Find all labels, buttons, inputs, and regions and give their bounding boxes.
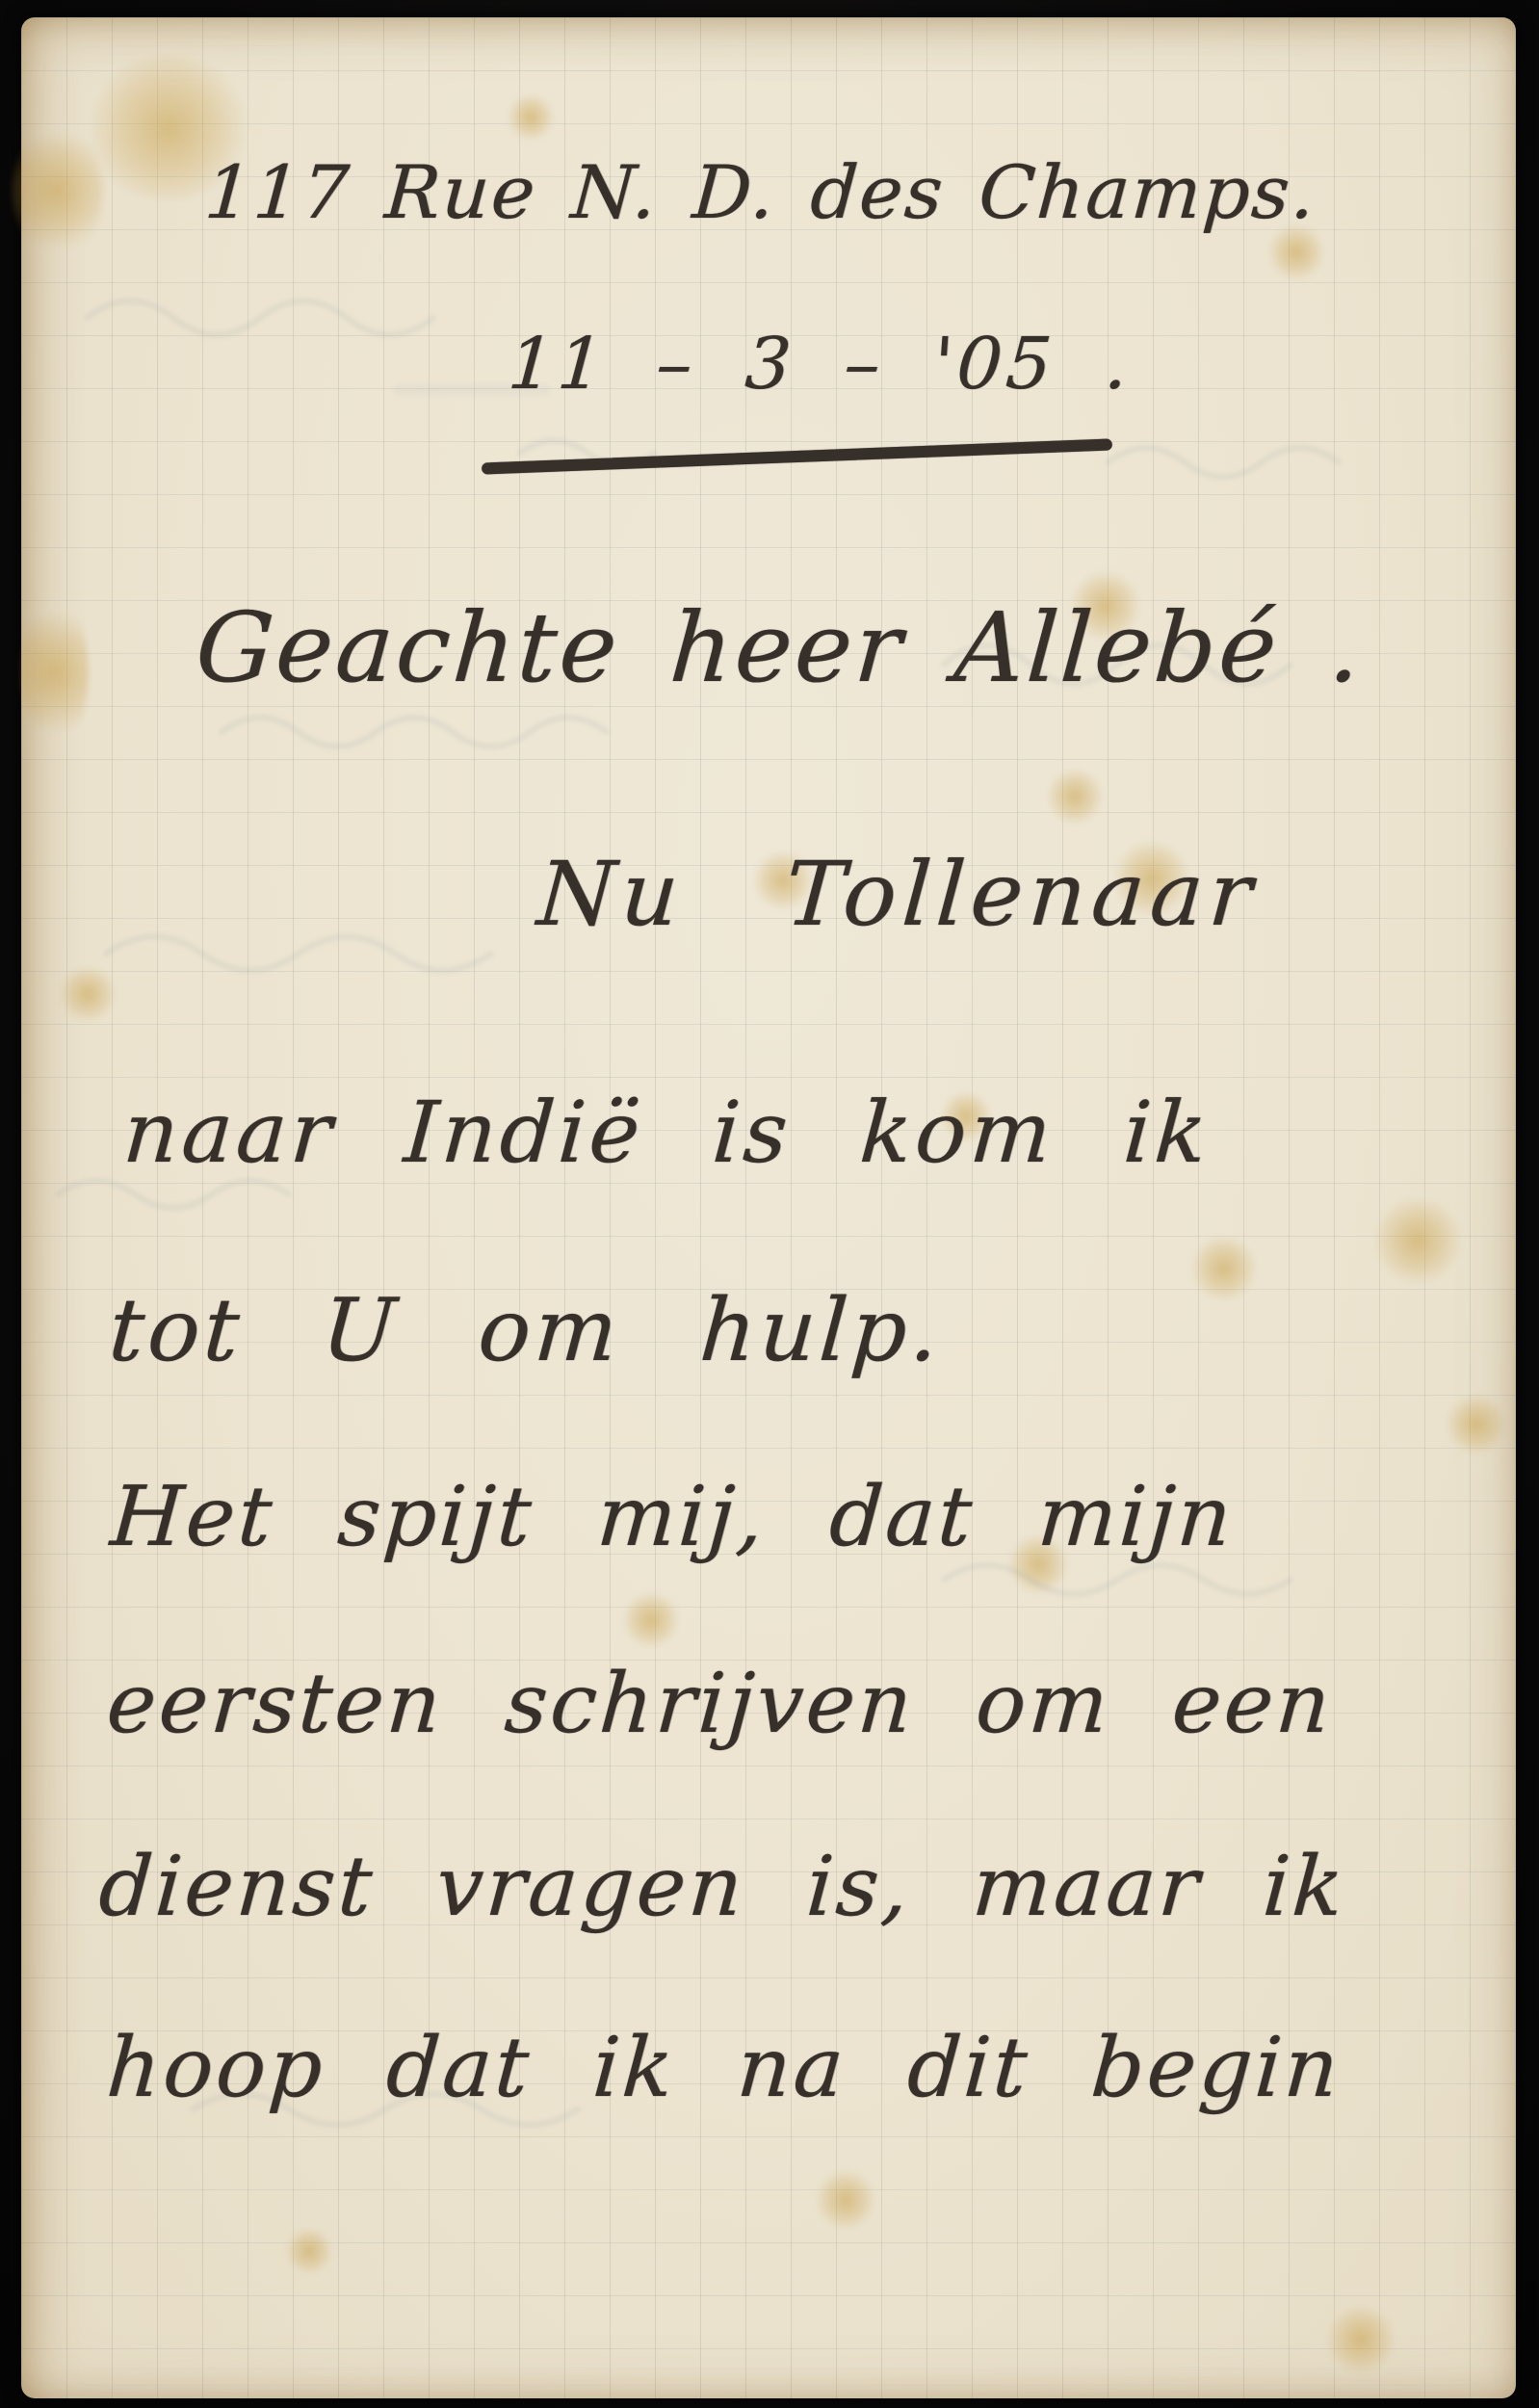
body-line-7: hoop dat ik na dit begin: [104, 2023, 1343, 2114]
body-line-1: Nu Tollenaar: [535, 846, 1261, 943]
foxing-stain: [286, 2228, 332, 2274]
foxing-stain: [1191, 1236, 1257, 1301]
salutation-line: Geachte heer Allebé .: [193, 595, 1367, 701]
body-line-5: eersten schrijven om een: [104, 1659, 1336, 1750]
foxing-stain: [1047, 769, 1103, 824]
photo-background: 117 Rue N. D. des Champs. 11 – 3 – '05 .…: [0, 0, 1539, 2408]
foxing-stain: [1447, 1395, 1506, 1454]
body-line-4: Het spijt mij, dat mijn: [108, 1472, 1237, 1563]
foxing-stain: [1374, 1197, 1461, 1284]
body-line-2: naar Indië is kom ik: [120, 1086, 1213, 1180]
body-line-6: dienst vragen is, maar ik: [96, 1842, 1349, 1933]
foxing-stain: [623, 1592, 679, 1648]
date-line: 11 – 3 – '05 .: [506, 326, 1135, 404]
foxing-stain: [60, 966, 116, 1022]
foxing-stain: [508, 94, 554, 141]
foxing-stain: [21, 595, 89, 749]
foxing-stain: [1326, 2305, 1396, 2374]
foxing-stain: [816, 2170, 875, 2230]
address-line: 117 Rue N. D. des Champs.: [202, 152, 1319, 233]
body-line-3: tot U om hulp.: [106, 1283, 946, 1378]
foxing-stain: [12, 123, 103, 258]
